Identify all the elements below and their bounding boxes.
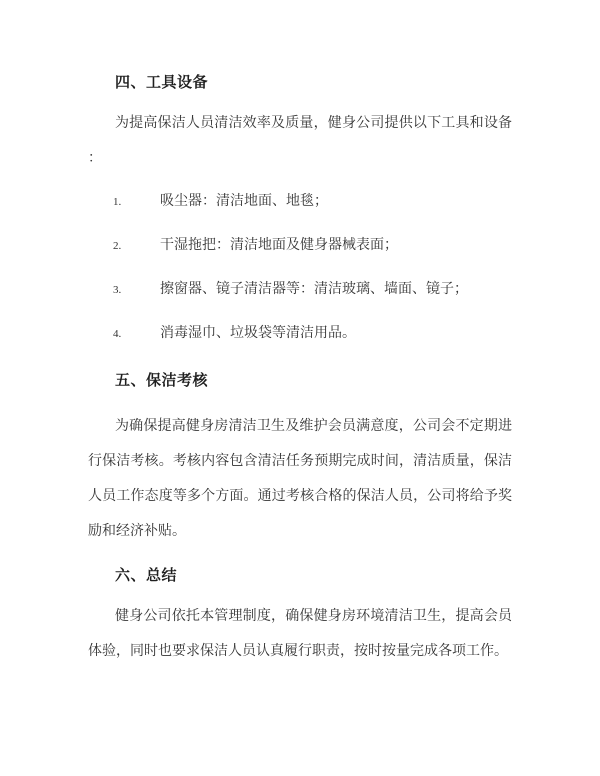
list-item-number: 3.	[113, 273, 160, 308]
list-item-text: 消毒湿巾、垃圾袋等清洁用品。	[160, 326, 356, 341]
list-item-number: 4.	[113, 317, 160, 352]
list-item: 1.吸尘器：清洁地面、地毯；	[88, 184, 512, 220]
list-item: 3.擦窗器、镜子清洁器等：清洁玻璃、墙面、镜子；	[88, 272, 512, 308]
paragraph-line: 行保洁考核。考核内容包含清洁任务预期完成时间，清洁质量，保洁	[88, 444, 512, 479]
paragraph-line: 人员工作态度等多个方面。通过考核合格的保洁人员，公司将给予奖	[88, 479, 512, 514]
document-page: 四、工具设备 为提高保洁人员清洁效率及质量，健身公司提供以下工具和设备 ： 1.…	[0, 0, 600, 776]
list-item: 4.消毒湿巾、垃圾袋等清洁用品。	[88, 316, 512, 352]
paragraph-line: 体验，同时也要求保洁人员认真履行职责，按时按量完成各项工作。	[88, 634, 512, 669]
paragraph-line: 为确保提高健身房清洁卫生及维护会员满意度，公司会不定期进	[88, 409, 512, 444]
list-item-number: 1.	[113, 185, 160, 220]
list-item-text: 吸尘器：清洁地面、地毯；	[160, 194, 328, 209]
list-item-text: 擦窗器、镜子清洁器等：清洁玻璃、墙面、镜子；	[160, 282, 468, 297]
paragraph-line: 励和经济补贴。	[88, 514, 512, 549]
paragraph-line: 健身公司依托本管理制度，确保健身房环境清洁卫生，提高会员	[88, 599, 512, 634]
list-item: 2.干湿拖把：清洁地面及健身器械表面；	[88, 228, 512, 264]
section-heading-tools: 四、工具设备	[88, 66, 512, 101]
list-item-number: 2.	[113, 229, 160, 264]
paragraph-line: 为提高保洁人员清洁效率及质量，健身公司提供以下工具和设备	[88, 106, 512, 141]
paragraph-line: ：	[88, 141, 512, 176]
section-heading-assessment: 五、保洁考核	[88, 364, 512, 399]
section-heading-summary: 六、总结	[88, 559, 512, 594]
list-item-text: 干湿拖把：清洁地面及健身器械表面；	[160, 238, 398, 253]
